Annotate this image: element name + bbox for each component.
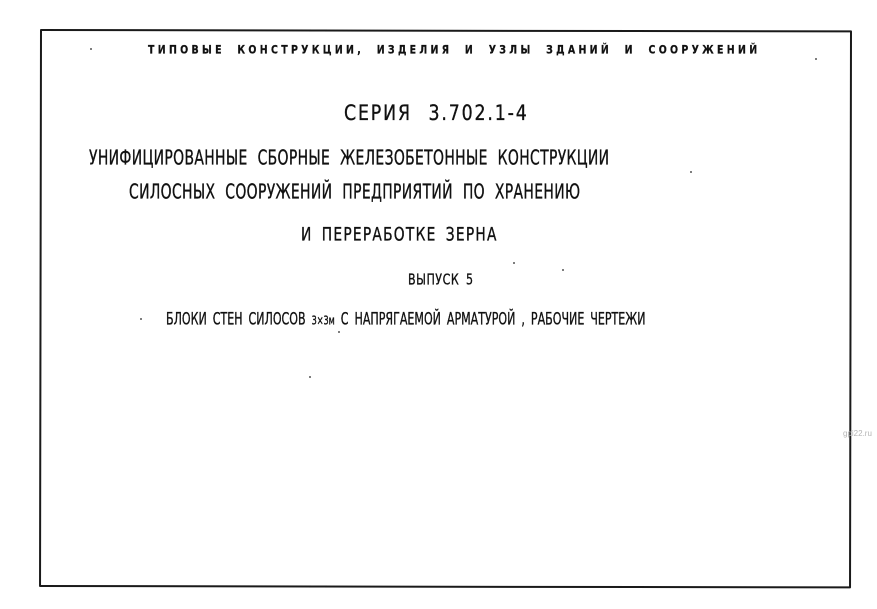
issue-number: Выпуск 5 [408, 271, 474, 289]
document-category-header: Типовые конструкции, изделия и узлы здан… [148, 43, 760, 56]
series-label: Серия [344, 101, 412, 125]
scan-speck [338, 331, 340, 333]
title-line-2: силосных сооружений предприятий по хране… [129, 181, 580, 205]
issue-subtitle: Блоки стен силосов 3×3м с напрягаемой ар… [166, 309, 645, 330]
watermark-text: gpi22.ru [843, 429, 872, 438]
subtitle-part-3: рабочие чертежи [531, 309, 646, 330]
series-designation: Серия 3.702.1-4 [344, 101, 529, 125]
subtitle-separator: , [521, 309, 525, 330]
series-number: 3.702.1-4 [428, 101, 528, 125]
scan-speck [815, 58, 817, 60]
subtitle-part-2: с напрягаемой арматурой [341, 309, 516, 330]
scan-speck [513, 262, 515, 264]
subtitle-part-1: Блоки стен силосов [166, 309, 306, 330]
scan-speck [90, 48, 92, 50]
subtitle-dimensions: 3×3м [312, 313, 335, 328]
scan-speck [562, 269, 564, 271]
title-line-3: и переработке зерна [301, 224, 498, 246]
scan-speck [140, 318, 142, 320]
scan-speck [309, 376, 311, 378]
title-line-1: Унифицированные сборные железобетонные к… [89, 147, 609, 171]
scan-speck [690, 171, 692, 173]
